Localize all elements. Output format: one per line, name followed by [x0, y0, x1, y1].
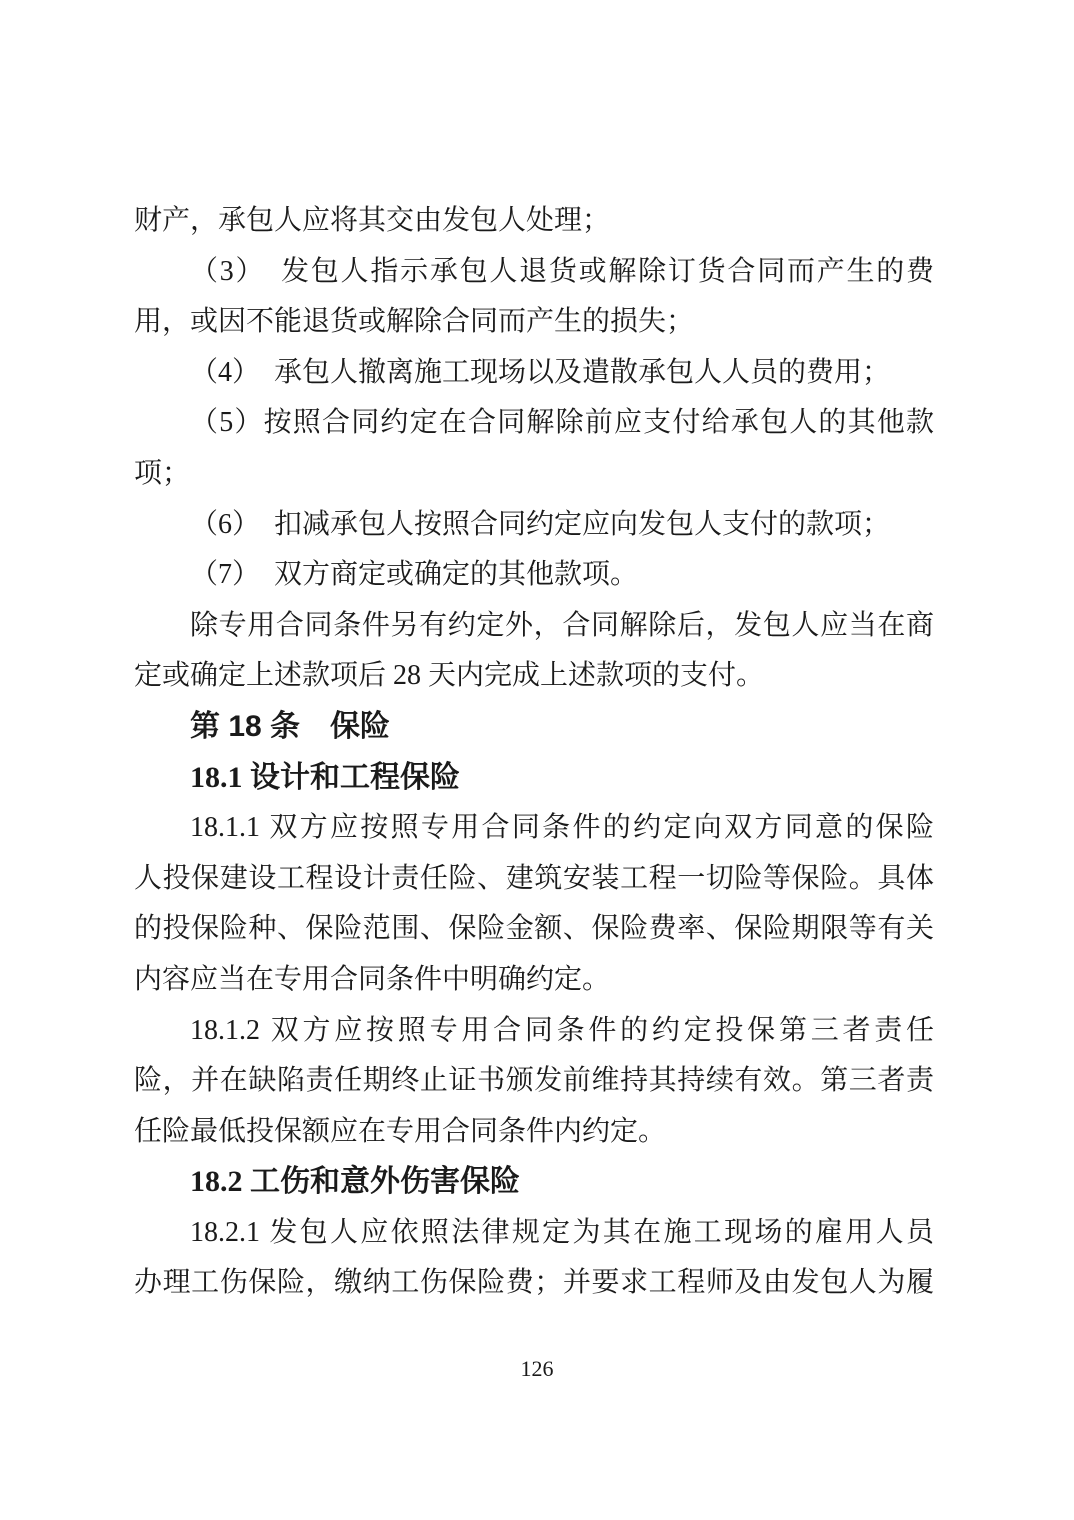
- body-line: （3） 发包人指示承包人退货或解除订货合同而产生的费: [134, 247, 934, 298]
- body-line: （5）按照合同约定在合同解除前应支付给承包人的其他款: [134, 398, 934, 449]
- document-page: 财产，承包人应将其交由发包人处理； （3） 发包人指示承包人退货或解除订货合同而…: [0, 0, 1074, 1520]
- body-line: 险，并在缺陷责任期终止证书颁发前维持其持续有效。第三者责: [134, 1056, 934, 1107]
- body-line: 的投保险种、保险范围、保险金额、保险费率、保险期限等有关: [134, 904, 934, 955]
- body-line: （6） 扣减承包人按照合同约定应向发包人支付的款项；: [134, 500, 934, 551]
- body-line: 用，或因不能退货或解除合同而产生的损失；: [134, 297, 934, 348]
- subsection-heading-18-2: 18.2 工伤和意外伤害保险: [134, 1157, 934, 1208]
- body-line: 任险最低投保额应在专用合同条件内约定。: [134, 1107, 934, 1158]
- body-line: 18.1.1 双方应按照专用合同条件的约定向双方同意的保险: [134, 803, 934, 854]
- body-line: 内容应当在专用合同条件中明确约定。: [134, 955, 934, 1006]
- body-line: 办理工伤保险，缴纳工伤保险费；并要求工程师及由发包人为履: [134, 1258, 934, 1309]
- body-line: 18.2.1 发包人应依照法律规定为其在施工现场的雇用人员: [134, 1208, 934, 1259]
- text-column: 财产，承包人应将其交由发包人处理； （3） 发包人指示承包人退货或解除订货合同而…: [134, 196, 934, 1309]
- body-line: （4） 承包人撤离施工现场以及遣散承包人人员的费用；: [134, 348, 934, 399]
- subsection-heading-18-1: 18.1 设计和工程保险: [134, 753, 934, 804]
- page-number: 126: [0, 1356, 1074, 1382]
- body-line: 定或确定上述款项后 28 天内完成上述款项的支付。: [134, 651, 934, 702]
- body-line: 人投保建设工程设计责任险、建筑安装工程一切险等保险。具体: [134, 854, 934, 905]
- body-line: 除专用合同条件另有约定外，合同解除后，发包人应当在商: [134, 601, 934, 652]
- body-line: 财产，承包人应将其交由发包人处理；: [134, 196, 934, 247]
- body-line: 18.1.2 双方应按照专用合同条件的约定投保第三者责任: [134, 1006, 934, 1057]
- article-heading-18: 第 18 条 保险: [134, 702, 934, 753]
- body-line: （7） 双方商定或确定的其他款项。: [134, 550, 934, 601]
- body-line: 项；: [134, 449, 934, 500]
